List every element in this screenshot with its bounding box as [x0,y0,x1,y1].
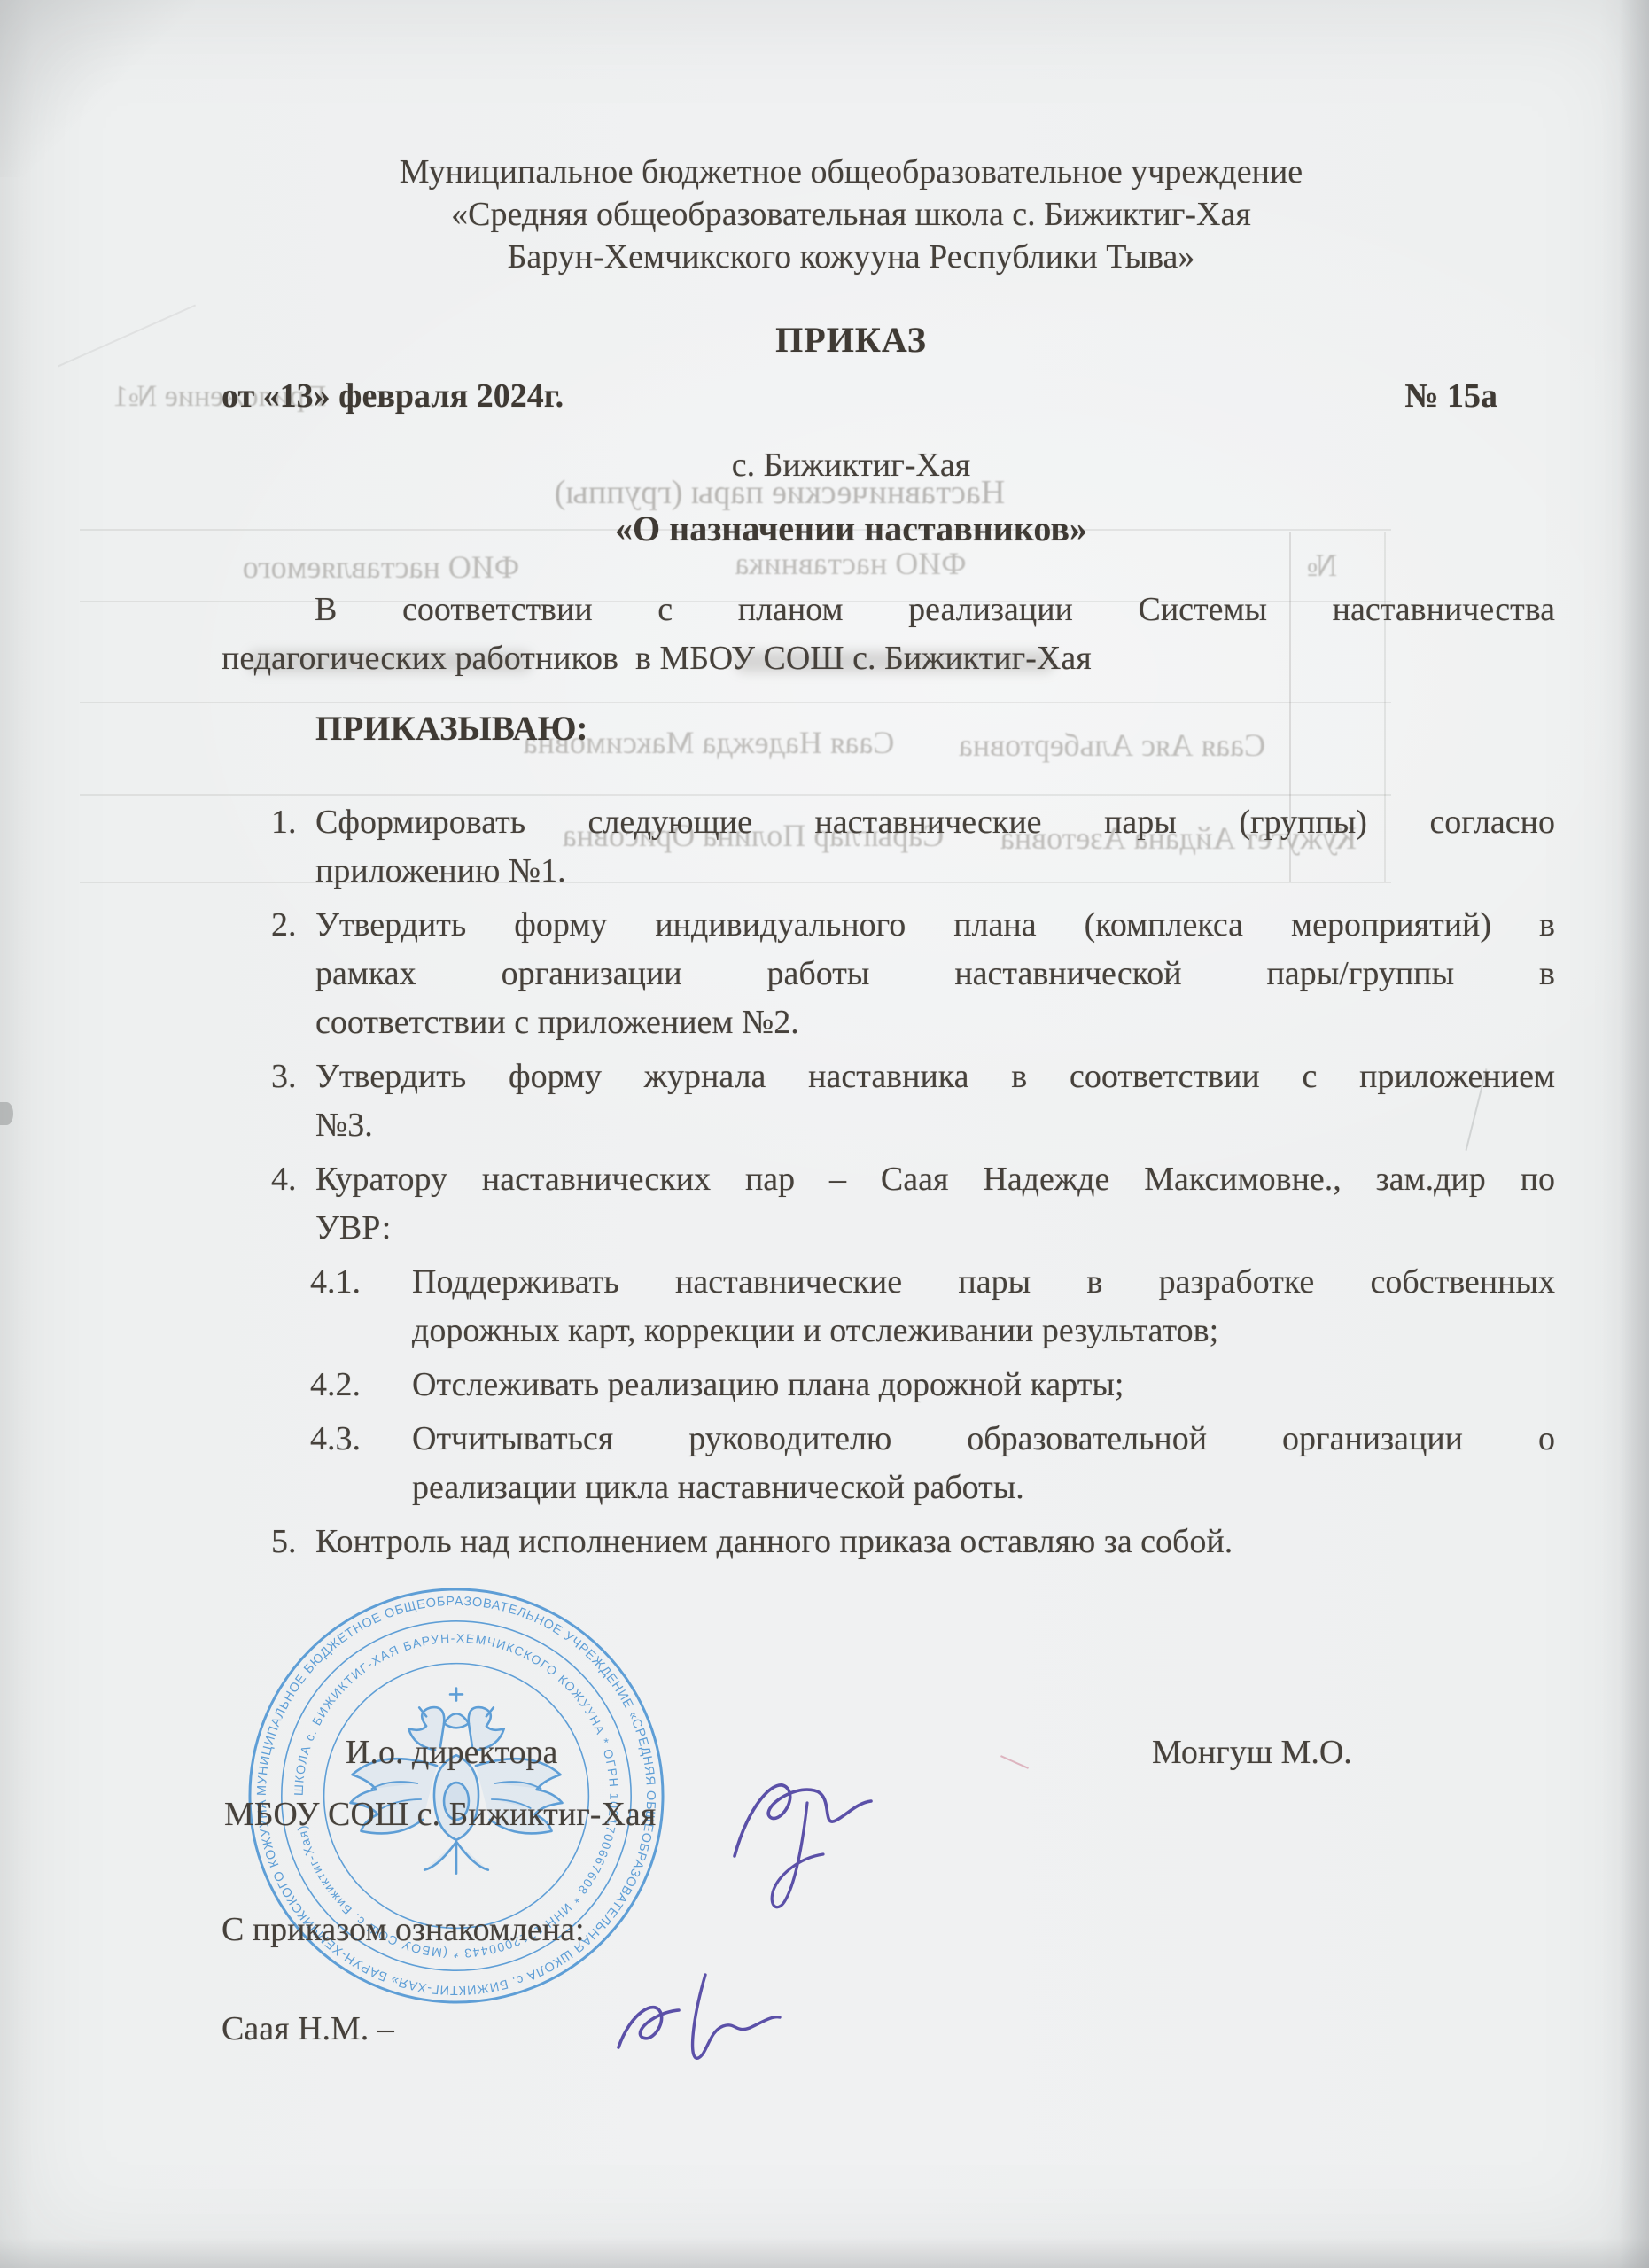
org-name-line2: «Средняя общеобразовательная школа с. Би… [133,193,1569,236]
item-number: 1. [271,798,297,847]
item-text-line: УВР: [315,1204,1555,1253]
signature-stroke [618,2008,679,2047]
date-number-row: от «13» февраля 2024г. № 15а [222,372,1555,421]
signer-name: Монгуш М.О. [1152,1728,1352,1777]
signer-role-line2: МБОУ СОШ с. Бижиктиг-Хая [224,1790,656,1839]
intro-line: В соответствии с планом реализации Систе… [222,586,1555,634]
order-place: с. Бижиктиг-Хая [133,444,1569,486]
order-number: № 15а [1404,372,1555,421]
item-text-line: Сформировать следующие наставнические па… [315,798,1555,847]
item-number: 5. [271,1518,297,1566]
order-item-5: 5. Контроль над исполнением данного прик… [222,1518,1555,1566]
order-items-list: 1. Сформировать следующие наставнические… [222,798,1555,1566]
signature-stroke [735,1785,871,1856]
scanned-document-page: Приложение №1 Наставнические пары (групп… [0,0,1649,2268]
item-number: 4. [271,1155,297,1204]
order-subitem-4-1: 4.1. Поддерживать наставнические пары в … [222,1258,1555,1355]
document-title: ПРИКАЗ [133,319,1569,361]
item-text-line: Контроль над исполнением данного приказа… [315,1518,1555,1566]
item-text-line: Куратору наставнических пар – Саая Надеж… [315,1155,1555,1204]
order-item-1: 1. Сформировать следующие наставнические… [222,798,1555,896]
intro-paragraph: В соответствии с планом реализации Систе… [222,586,1555,683]
order-item-3: 3. Утвердить форму журнала наставника в … [222,1052,1555,1150]
item-text-line: №3. [315,1101,1555,1150]
item-number: 2. [271,901,297,950]
order-subject: «О назначении наставников» [133,504,1569,554]
item-text-line: Утвердить форму индивидуального плана (к… [315,901,1555,950]
acknowledgement-line: С приказом ознакомлена: [222,1905,585,1954]
item-number: 3. [271,1052,297,1101]
subitem-text-line: реализации цикла наставнической работы. [412,1464,1555,1512]
subitem-number: 4.2. [310,1361,361,1410]
order-date: от «13» февраля 2024г. [222,372,564,421]
item-text-line: Утвердить форму журнала наставника в соо… [315,1052,1555,1101]
signature-stroke [693,1975,780,2058]
director-signature [722,1750,926,1936]
item-text-line: приложению №1. [315,847,1555,896]
signature-stroke [772,1803,823,1907]
intro-line: педагогических работников в МБОУ СОШ с. … [222,634,1555,683]
item-text-line: рамках организации работы наставнической… [315,950,1555,998]
org-name-line3: Барун-Хемчикского кожууна Республики Тыв… [133,236,1569,278]
subitem-number: 4.3. [310,1415,361,1464]
subitem-text-line: Поддерживать наставнические пары в разра… [412,1258,1555,1307]
subitem-text-line: Отчитываться руководителю образовательно… [412,1415,1555,1464]
signer-role-line1: И.о. директора [346,1728,557,1777]
org-name-line1: Муниципальное бюджетное общеобразователь… [133,151,1569,193]
subitem-text-line: Отслеживать реализацию плана дорожной ка… [412,1361,1555,1410]
order-item-4: 4. Куратору наставнических пар – Саая На… [222,1155,1555,1253]
order-subitem-4-3: 4.3. Отчитываться руководителю образоват… [222,1415,1555,1512]
organization-header: Муниципальное бюджетное общеобразователь… [133,0,1569,278]
acknowledgement-signature [603,1962,797,2095]
order-subitem-4-2: 4.2. Отслеживать реализацию плана дорожн… [222,1361,1555,1410]
acknowledged-by-name: Саая Н.М. – [222,2004,394,2054]
item-text-line: соответствии с приложением №2. [315,998,1555,1047]
subitem-number: 4.1. [310,1258,361,1307]
decree-word: ПРИКАЗЫВАЮ: [222,704,1555,754]
order-item-2: 2. Утвердить форму индивидуального плана… [222,901,1555,1047]
subitem-text-line: дорожных карт, коррекции и отслеживании … [412,1307,1555,1355]
